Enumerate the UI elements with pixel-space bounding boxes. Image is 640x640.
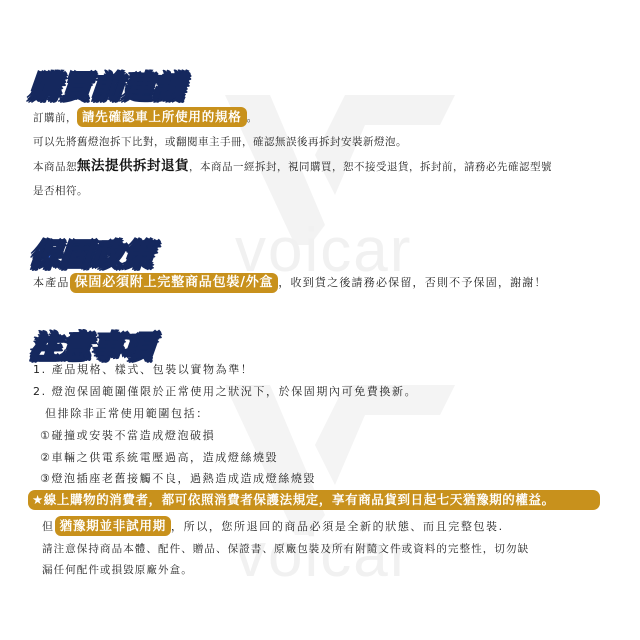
text-suffix: ，本商品一經拆封，視同購買，恕不接受退貨，拆封前，請務必先確認型號 (189, 161, 552, 173)
purchase-line-4: 是否相符。 (33, 184, 88, 198)
text-suffix: ，所以，您所退回的商品必須是全新的狀態、而且完整包裝. (171, 520, 504, 533)
notes-exclusion-2: ②車輛之供電系統電壓過高，造成燈絲燒毀 (40, 451, 278, 465)
heading-warranty-policy: 保固政策 (28, 230, 157, 274)
text-suffix: 。 (247, 112, 258, 124)
notes-exclusion-3: ③燈泡插座老舊接觸不良，過熱造成造成燈絲燒毀 (40, 472, 316, 486)
notes-exclusion-1: ①碰撞或安裝不當造成燈泡破損 (40, 429, 215, 443)
highlight-not-trial: 猶豫期並非試用期 (55, 516, 171, 536)
purchase-line-1: 訂購前，請先確認車上所使用的規格。 (33, 107, 258, 127)
highlight-warranty-packaging: 保固必須附上完整商品包裝/外盒 (70, 273, 279, 293)
bold-no-return: 無法提供拆封退貨 (77, 158, 189, 174)
document: 購買前建議 訂購前，請先確認車上所使用的規格。 可以先將舊燈泡拆下比對，或翻閱車… (0, 0, 640, 640)
text-suffix: ，收到貨之後請務必保留，否則不予保固，謝謝！ (278, 276, 546, 289)
highlight-check-spec: 請先確認車上所使用的規格 (77, 107, 247, 127)
text-prefix: 但 (42, 520, 55, 533)
text-prefix: 訂購前， (33, 112, 77, 124)
notes-line-no-missing: 漏任何配件或損毀原廠外盒。 (42, 563, 193, 577)
warranty-line-1: 本產品保固必須附上完整商品包裝/外盒，收到貨之後請務必保留，否則不予保固，謝謝！ (33, 273, 547, 293)
highlight-consumer-rights: ★線上購物的消費者，都可依照消費者保護法規定，享有商品貨到日起七天猶豫期的權益。 (28, 490, 600, 510)
text-prefix: 本產品 (33, 276, 70, 289)
notes-line-trial: 但猶豫期並非試用期，所以，您所退回的商品必須是全新的狀態、而且完整包裝. (42, 516, 504, 536)
notes-line-1: 1. 產品規格、樣式、包裝以實物為準！ (33, 363, 253, 377)
notes-line-keep-intact: 請注意保持商品本體、配件、贈品、保證書、原廠包裝及所有附隨文件或資料的完整性，切… (42, 542, 529, 556)
purchase-line-2: 可以先將舊燈泡拆下比對，或翻閱車主手冊，確認無誤後再拆封安裝新燈泡。 (33, 135, 407, 149)
heading-purchase-advice: 購買前建議 (28, 62, 188, 106)
text-prefix: 本商品恕 (33, 161, 77, 173)
notes-line-2: 2. 燈泡保固範圍僅限於正常使用之狀況下，於保固期內可免費換新。 (33, 385, 417, 399)
purchase-line-3: 本商品恕無法提供拆封退貨，本商品一經拆封，視同購買，恕不接受退貨，拆封前，請務必… (33, 159, 552, 174)
heading-notes: 注意事項 (28, 322, 157, 366)
notes-line-3: 但排除非正常使用範圍包括： (45, 407, 209, 421)
